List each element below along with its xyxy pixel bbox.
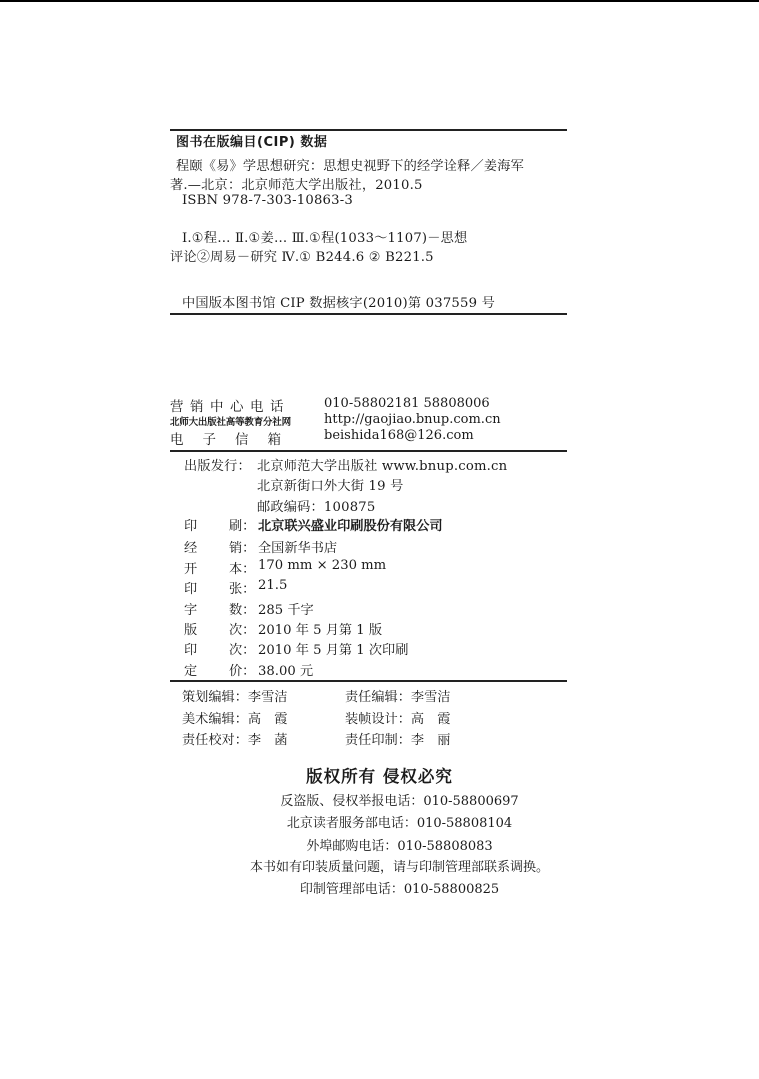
- publisher-address: 北京新街口外大街 19 号: [257, 475, 403, 494]
- notice-mail-order: 外埠邮购电话：010-58808083: [0, 835, 759, 854]
- spec-key-suffix: 张：: [229, 578, 255, 597]
- contact-value-email[interactable]: beishida168@126.com: [324, 428, 474, 443]
- contact-label-marketing: 营销中心电话: [170, 395, 290, 415]
- credit-print-manager: 责任印制：李 丽: [345, 729, 451, 748]
- publisher-postcode: 邮政编码：100875: [257, 496, 375, 515]
- spec-key: 印: [184, 578, 197, 597]
- contact-value-website[interactable]: http://gaojiao.bnup.com.cn: [324, 412, 501, 427]
- spec-key-suffix: 本：: [229, 558, 255, 577]
- cip-isbn: ISBN 978-7-303-10863-3: [182, 193, 353, 208]
- spec-key: 经: [184, 537, 197, 556]
- spec-value: 全国新华书店: [258, 537, 337, 556]
- credit-responsible-editor: 责任编辑：李雪洁: [345, 686, 451, 705]
- cip-classification-2: 评论②周易－研究 Ⅳ.① B244.6 ② B221.5: [170, 246, 434, 265]
- cip-title: 图书在版编目(CIP) 数据: [176, 131, 327, 150]
- spec-key-suffix: 刷：: [229, 515, 255, 534]
- spec-value: 北京联兴盛业印刷股份有限公司: [258, 515, 443, 534]
- spec-key: 印: [184, 515, 197, 534]
- spec-key: 定: [184, 660, 197, 679]
- spec-value: 285 千字: [258, 599, 314, 618]
- spec-key-suffix: 价：: [229, 660, 255, 679]
- credit-proofreader: 责任校对：李 菡: [182, 729, 288, 748]
- spec-key: 字: [184, 599, 197, 618]
- credit-planning-editor: 策划编辑：李雪洁: [182, 686, 288, 705]
- notice-piracy-hotline: 反盗版、侵权举报电话：010-58800697: [0, 790, 759, 809]
- cip-bottom-rule: [170, 313, 567, 315]
- copyright-title: 版权所有 侵权必究: [0, 763, 759, 787]
- credit-binding-design: 装帧设计：高 霞: [345, 708, 451, 727]
- spec-key: 版: [184, 619, 197, 638]
- cip-book-title: 程颐《易》学思想研究：思想史视野下的经学诠释／姜海军: [176, 155, 524, 174]
- spec-key-suffix: 销：: [229, 537, 255, 556]
- spec-key: 开: [184, 558, 197, 577]
- spec-key-suffix: 数：: [229, 599, 255, 618]
- spec-value: 2010 年 5 月第 1 次印刷: [258, 639, 408, 658]
- credit-art-editor: 美术编辑：高 霞: [182, 708, 288, 727]
- contact-value-marketing: 010-58802181 58808006: [324, 396, 490, 411]
- notice-quality-issue: 本书如有印装质量问题，请与印制管理部联系调换。: [0, 856, 759, 875]
- notice-reader-service: 北京读者服务部电话：010-58808104: [0, 812, 759, 831]
- spec-value: 21.5: [258, 578, 287, 593]
- contact-label-email: 电子信箱: [170, 428, 300, 448]
- cip-publication: 著.—北京：北京师范大学出版社，2010.5: [170, 174, 423, 193]
- spec-key-suffix: 次：: [229, 619, 255, 638]
- cip-classification-1: Ⅰ.①程… Ⅱ.①姜… Ⅲ.①程(1033～1107)－思想: [182, 227, 467, 246]
- contact-bottom-rule: [170, 450, 567, 452]
- contact-label-website: 北师大出版社高等教育分社网: [170, 414, 291, 428]
- spec-value: 2010 年 5 月第 1 版: [258, 619, 382, 638]
- spec-key: 印: [184, 639, 197, 658]
- spec-value: 170 mm × 230 mm: [258, 558, 386, 573]
- cip-library-record: 中国版本图书馆 CIP 数据核字(2010)第 037559 号: [182, 292, 495, 311]
- spec-key-suffix: 次：: [229, 639, 255, 658]
- publisher-label: 出版发行：: [184, 455, 251, 474]
- publisher-name-url: 北京师范大学出版社 www.bnup.com.cn: [257, 455, 507, 474]
- notice-print-management: 印制管理部电话：010-58800825: [0, 878, 759, 897]
- spec-value: 38.00 元: [258, 660, 313, 679]
- page-top-border: [0, 0, 759, 2]
- specs-bottom-rule: [170, 680, 567, 682]
